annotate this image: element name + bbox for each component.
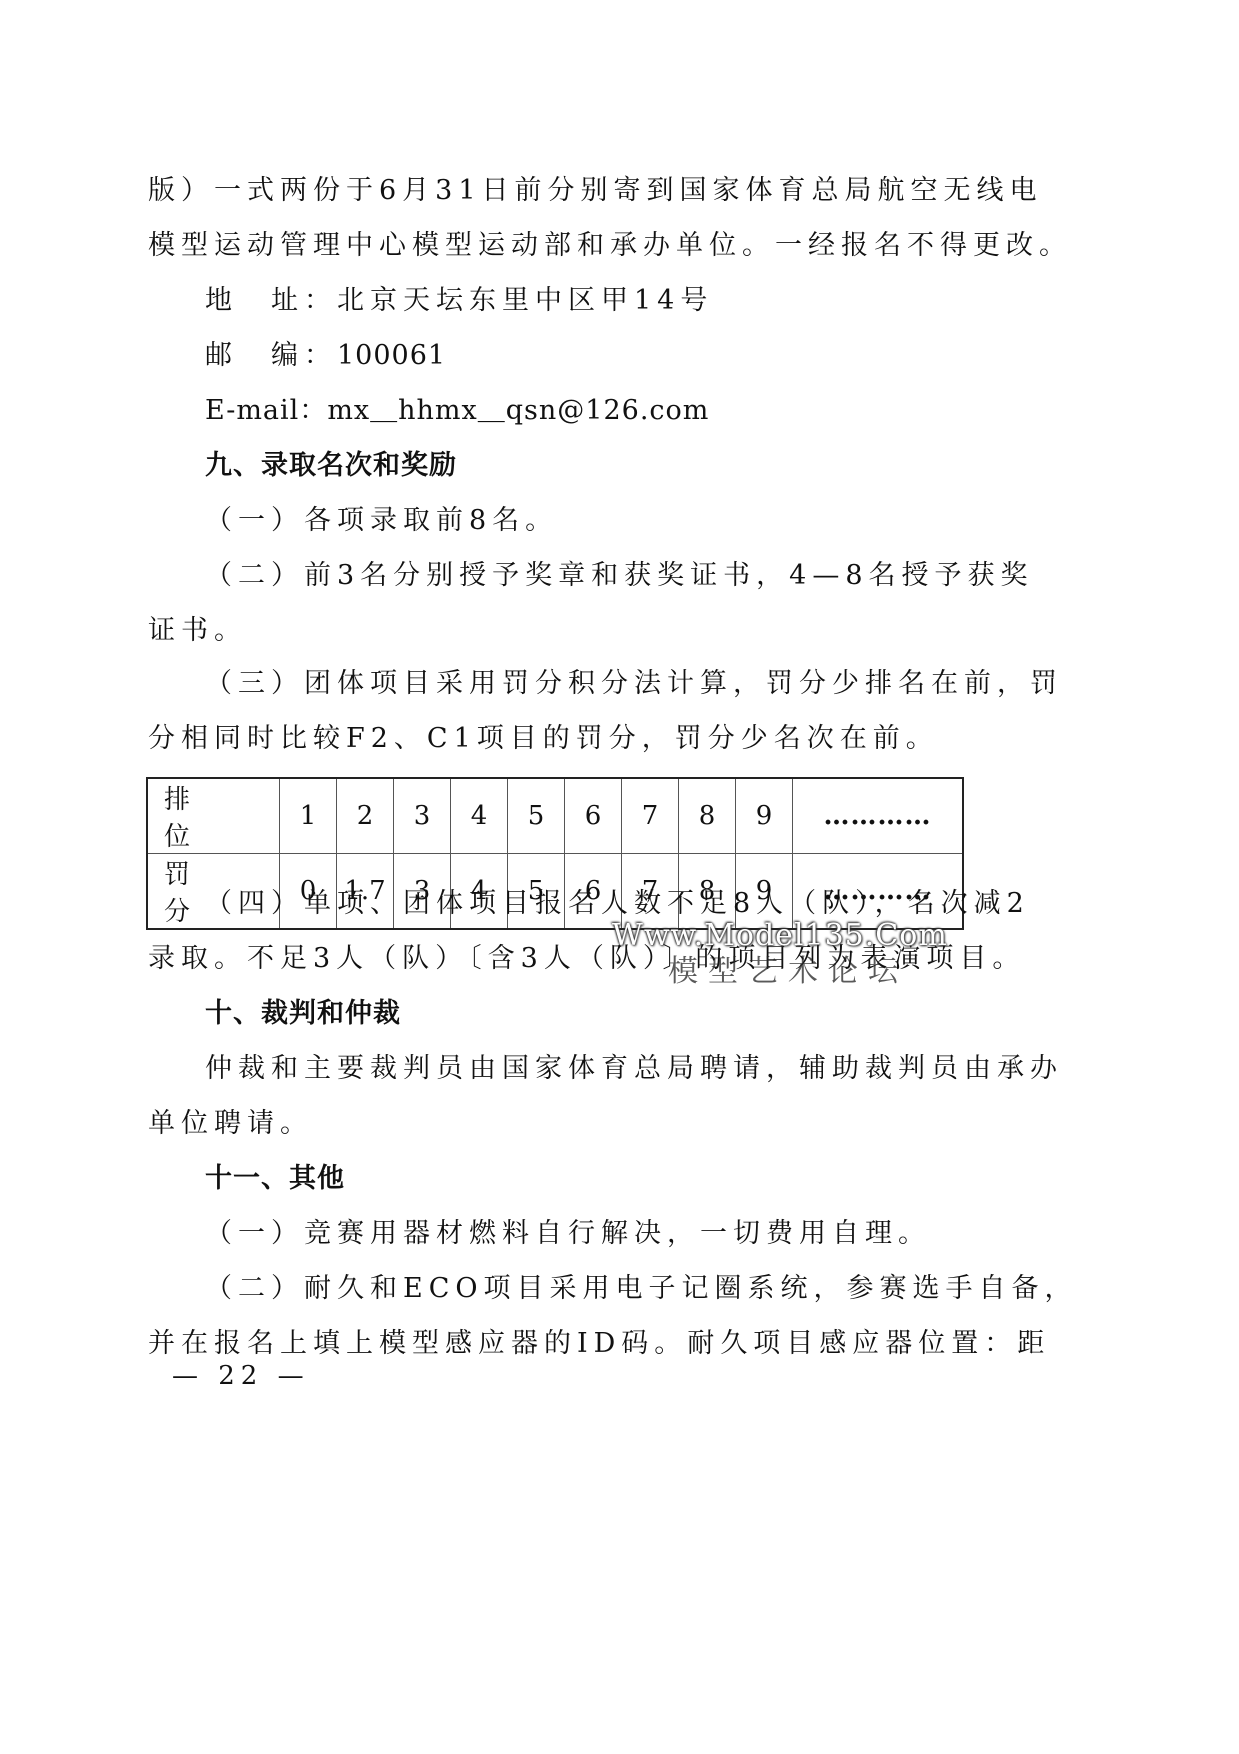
email-line: E-mail：mx＿hhmx＿qsn@126.com bbox=[205, 391, 709, 431]
table-cell: 6 bbox=[565, 778, 622, 854]
table-cell: 9 bbox=[736, 778, 793, 854]
table-cell: 4 bbox=[451, 778, 508, 854]
table-cell-ellipsis: ………… bbox=[793, 778, 964, 854]
section-heading: 九、录取名次和奖励 bbox=[205, 446, 457, 486]
paragraph-line: （一）竞赛用器材燃料自行解决，一切费用自理。 bbox=[205, 1214, 931, 1254]
table-cell: 8 bbox=[679, 778, 736, 854]
address-value: 北京天坛东里中区甲14号 bbox=[337, 285, 713, 316]
table-cell: 5 bbox=[508, 778, 565, 854]
table-row-header: 排位 bbox=[147, 778, 280, 854]
section-heading: 十、裁判和仲裁 bbox=[205, 994, 401, 1034]
table-cell: 3 bbox=[394, 778, 451, 854]
page-number: — 22 — bbox=[172, 1361, 310, 1391]
table-cell: 7 bbox=[622, 778, 679, 854]
paragraph-line: 版）一式两份于6月31日前分别寄到国家体育总局航空无线电 bbox=[148, 171, 1043, 211]
paragraph-line: （三）团体项目采用罚分积分法计算，罚分少排名在前，罚 bbox=[205, 664, 1063, 704]
paragraph-line: （一）各项录取前8名。 bbox=[205, 501, 558, 541]
paragraph-line: 仲裁和主要裁判员由国家体育总局聘请，辅助裁判员由承办 bbox=[205, 1049, 1063, 1089]
postcode-line: 邮 编：100061 bbox=[205, 336, 446, 376]
document-page: 版）一式两份于6月31日前分别寄到国家体育总局航空无线电 模型运动管理中心模型运… bbox=[0, 0, 1239, 1754]
address-label: 地 址： bbox=[205, 285, 337, 316]
postcode-label: 邮 编： bbox=[205, 340, 337, 371]
postcode-value: 100061 bbox=[337, 340, 446, 371]
address-line: 地 址：北京天坛东里中区甲14号 bbox=[205, 281, 713, 321]
paragraph-line: （二）耐久和ECO项目采用电子记圈系统，参赛选手自备， bbox=[205, 1269, 1078, 1309]
table-cell: 2 bbox=[337, 778, 394, 854]
paragraph-line: 模型运动管理中心模型运动部和承办单位。一经报名不得更改。 bbox=[148, 226, 1072, 266]
section-heading: 十一、其他 bbox=[205, 1159, 345, 1199]
email-value: mx＿hhmx＿qsn@126.com bbox=[327, 395, 709, 426]
paragraph-line: 分相同时比较F2、C1项目的罚分，罚分少名次在前。 bbox=[148, 719, 939, 759]
table-cell: 1 bbox=[280, 778, 337, 854]
paragraph-line: 证书。 bbox=[148, 611, 247, 651]
paragraph-line: 并在报名上填上模型感应器的ID码。耐久项目感应器位置：距 bbox=[148, 1324, 1050, 1364]
paragraph-line: （二）前3名分别授予奖章和获奖证书，4—8名授予获奖 bbox=[205, 556, 1034, 596]
paragraph-line: 单位聘请。 bbox=[148, 1104, 313, 1144]
email-label: E-mail： bbox=[205, 395, 327, 426]
watermark-text: 模型艺术论坛 bbox=[668, 946, 908, 990]
table-row-rank: 排位 1 2 3 4 5 6 7 8 9 ………… bbox=[147, 778, 963, 854]
